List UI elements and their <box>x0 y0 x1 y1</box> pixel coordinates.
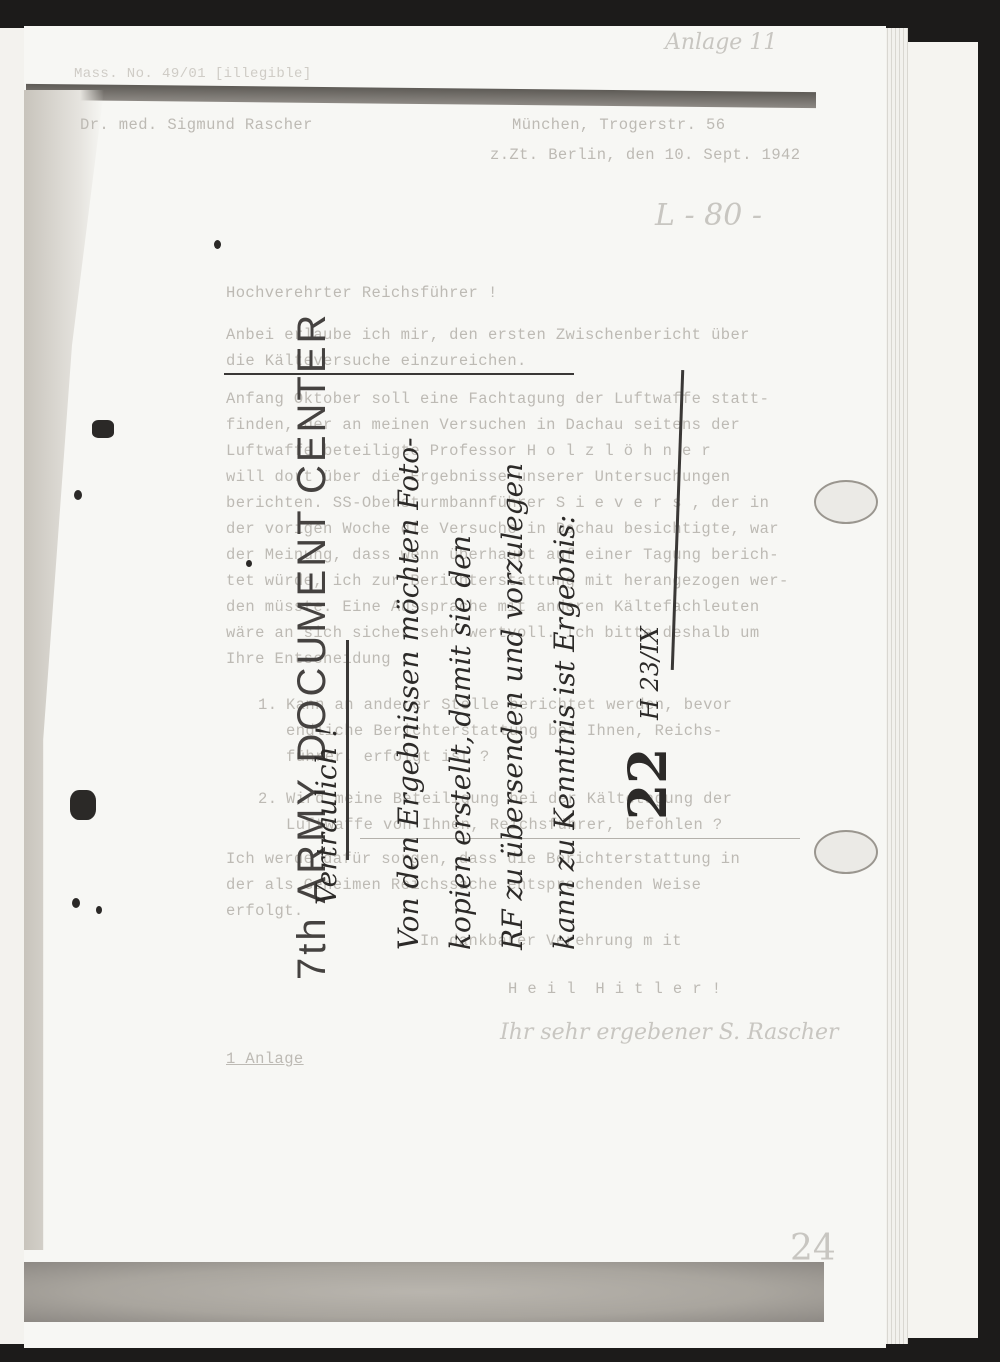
salutation: Hochverehrter Reichsführer ! <box>226 284 498 302</box>
handwritten-mark: 22 <box>618 748 679 820</box>
facing-page-edge <box>0 28 26 1344</box>
underline <box>224 373 574 375</box>
backing-card <box>908 42 978 1338</box>
top-annotation: Anlage 11 <box>665 30 777 55</box>
page-number: 24 <box>790 1228 836 1269</box>
speck <box>214 240 221 249</box>
handwritten-note-line: kann zu Kenntnis ist Ergebnis: <box>548 515 581 950</box>
list-number: 2. <box>258 790 277 808</box>
signature: Ihr sehr ergebener S. Rascher <box>500 1020 839 1045</box>
speck <box>92 420 114 438</box>
handwritten-note-line: Vertraulich ! <box>310 726 343 905</box>
speck <box>246 560 252 567</box>
note-underline <box>346 640 349 860</box>
list-number: 1. <box>258 696 277 714</box>
archive-reference: Mass. No. 49/01 [illegible] <box>74 66 312 82</box>
handwritten-note-line: RF zu übersenden und vorzulegen <box>496 463 529 950</box>
sender-address: München, Trogerstr. 56 <box>512 116 725 134</box>
handwritten-date: H 23/IX <box>636 626 664 720</box>
sender-name: Dr. med. Sigmund Rascher <box>80 116 313 134</box>
punch-hole-top <box>814 480 878 524</box>
speck <box>70 790 96 820</box>
speck <box>74 490 82 500</box>
body-line: die Kälteversuche einzureichen. <box>226 352 527 370</box>
scan-shadow-bottom <box>24 1262 824 1322</box>
greeting: H e i l H i t l e r ! <box>508 980 721 998</box>
handwritten-note-line: Von den Ergebnissen möchten Foto- <box>392 437 425 950</box>
enclosure: 1 Anlage <box>226 1050 304 1068</box>
punch-hole-bottom <box>814 830 878 874</box>
speck <box>72 898 80 908</box>
speck <box>96 906 102 914</box>
letter-date: z.Zt. Berlin, den 10. Sept. 1942 <box>490 146 800 164</box>
page-marker: L - 80 - <box>655 198 762 233</box>
handwritten-note-line: kopien erstellt, damit sie den <box>444 535 477 950</box>
